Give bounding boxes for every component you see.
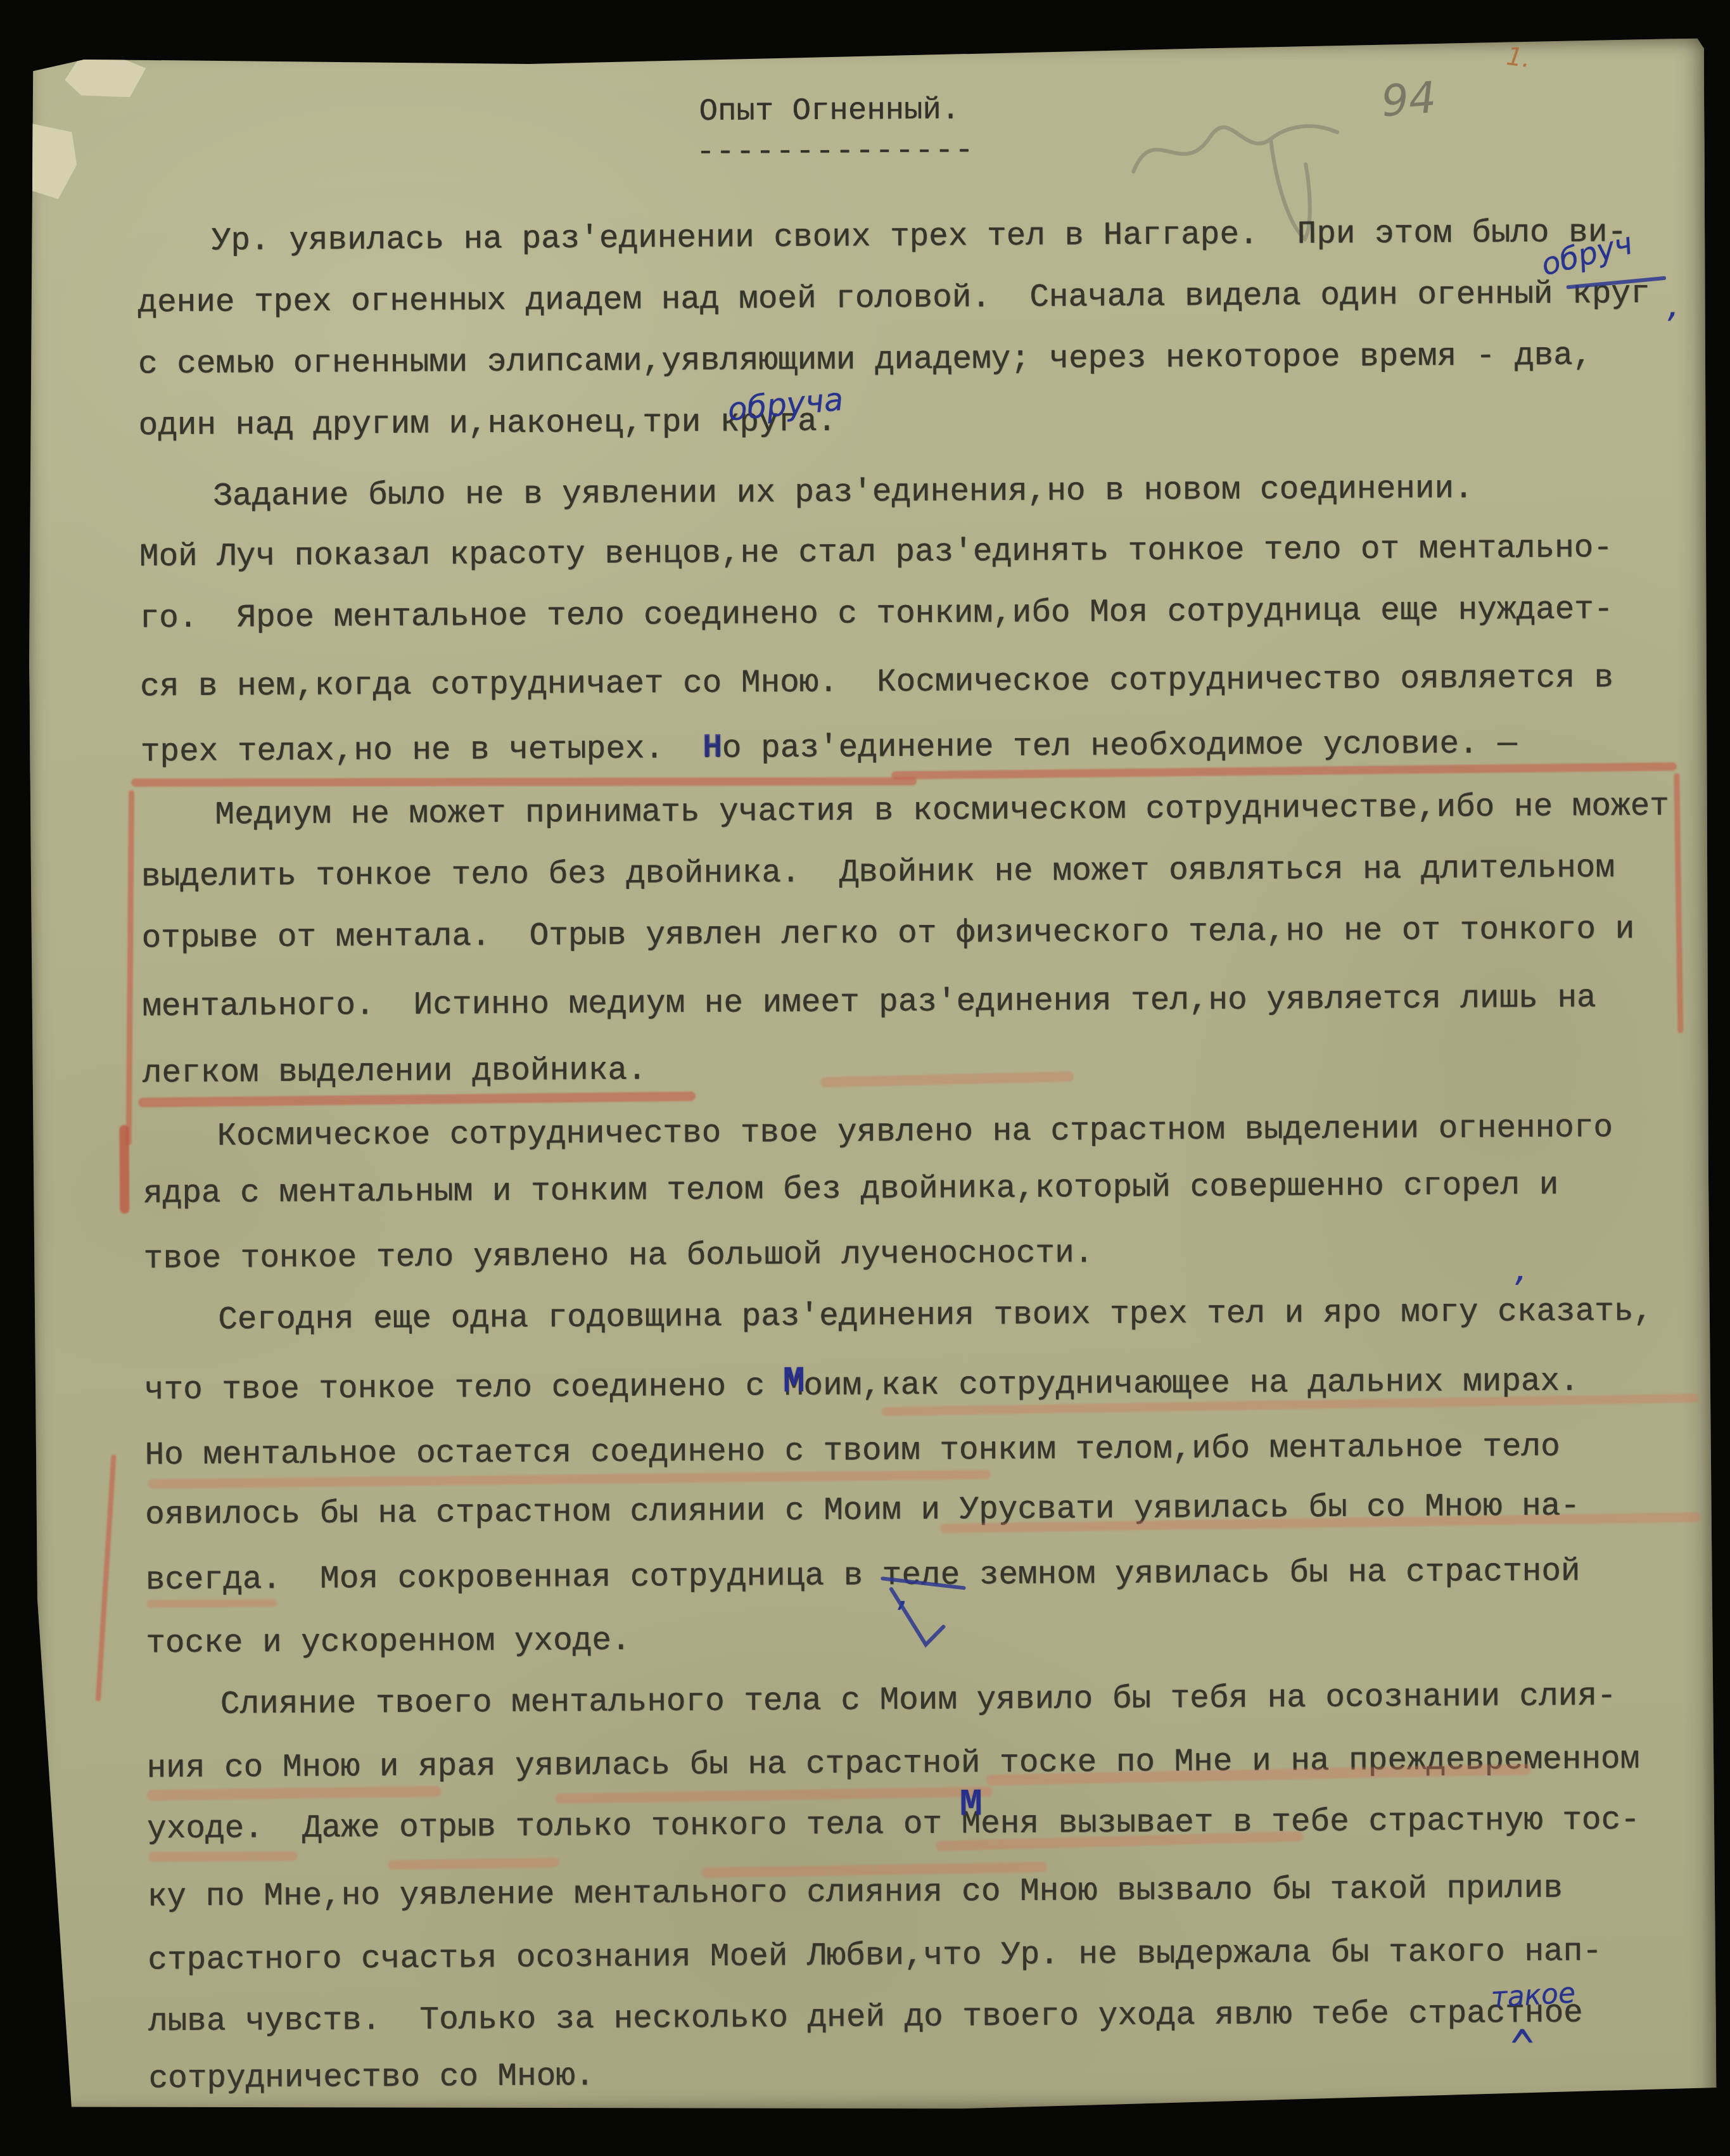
- typed-line: ментального. Истинно медиум не имеет раз…: [142, 979, 1596, 1026]
- scanned-document-photo: Опыт Огненный. -------------- 94 1. Ур. …: [0, 0, 1730, 2156]
- ink-overwrite-m: М: [783, 1362, 805, 1403]
- insertion-caret: ^: [1508, 2020, 1536, 2077]
- red-pencil-smudge: [148, 1851, 297, 1861]
- red-pencil-smudge: [820, 1071, 1074, 1087]
- typed-line: оявилось бы на страстном слиянии с Моим …: [145, 1488, 1580, 1535]
- title-underline: --------------: [696, 132, 975, 170]
- typed-line: страстного счастья осознания Моей Любви,…: [148, 1933, 1602, 1980]
- torn-paper-chip: [65, 53, 146, 98]
- red-pencil-box-left-line: [126, 790, 134, 1145]
- corner-mark: 1.: [1504, 42, 1532, 74]
- paper-sheet: Опыт Огненный. -------------- 94 1. Ур. …: [25, 38, 1717, 2116]
- typed-line: Но ментальное остается соединено с твоим…: [144, 1429, 1560, 1476]
- typed-line: Космическое сотрудничество твое уявлено …: [217, 1109, 1613, 1156]
- typed-line: с семью огненными элипсами,уявляющими ди…: [138, 337, 1593, 384]
- typed-line: всегда. Моя сокровенная сотрудница в тел…: [146, 1553, 1581, 1600]
- typed-line: Задание было не в уявлении их раз'единен…: [213, 471, 1473, 516]
- handwritten-word-takoe: такое: [1490, 1977, 1576, 2014]
- page-title: Опыт Огненный.: [699, 92, 960, 129]
- typed-line: Сегодня еще одна годовщина раз'единения …: [218, 1293, 1653, 1340]
- typed-line: лыва чувств. Только за несколько дней до…: [148, 1995, 1583, 2042]
- page-number: 94: [1380, 73, 1438, 127]
- typed-line: легком выделении двойника.: [143, 1052, 647, 1094]
- ink-overwrite-m: М: [960, 1783, 983, 1827]
- typed-line: Мой Луч показал красоту венцов,не стал р…: [139, 530, 1613, 577]
- red-pencil-margin-stroke: [119, 1125, 129, 1214]
- typed-line: уходе. Даже отрыв только тонкого тела от…: [147, 1802, 1640, 1849]
- typed-line: ядра с ментальным и тонким телом без дво…: [143, 1167, 1558, 1214]
- typed-line: твое тонкое тело уявлено на большой луче…: [144, 1235, 1094, 1279]
- red-pencil-box-top-line: [131, 777, 917, 787]
- red-pencil-underline: [147, 1599, 277, 1607]
- red-pencil-box-right-line: [1674, 774, 1683, 1033]
- typed-line: тоске и ускоренном уходе.: [146, 1623, 630, 1664]
- typed-line: отрыве от ментала. Отрыв уявлен легко от…: [141, 911, 1634, 959]
- typed-line: трех телах,но не в четырех. Но раз'едине…: [141, 725, 1517, 772]
- red-pencil-smudge: [147, 1786, 442, 1801]
- typed-line: Медиум не может принимать участия в косм…: [215, 788, 1669, 835]
- inserted-comma: ,: [1515, 1246, 1527, 1289]
- red-pencil-margin-line: [96, 1455, 117, 1702]
- typed-line: ния со Мною и ярая уявилась бы на страст…: [146, 1741, 1639, 1789]
- strikethrough-tele-check: [889, 1586, 959, 1657]
- typed-line: го. Ярое ментальное тело соединено с тон…: [139, 591, 1613, 638]
- red-pencil-underline: [138, 1092, 696, 1107]
- typed-line: дение трех огненных диадем над моей голо…: [137, 276, 1650, 323]
- typed-line: Слияние твоего ментального тела с Моим у…: [220, 1678, 1617, 1725]
- ink-overwrite-n: Н: [703, 729, 723, 767]
- typed-line: ся в нем,когда сотрудничает со Мною. Кос…: [140, 660, 1613, 706]
- inserted-comma: ,: [1667, 284, 1679, 326]
- typed-line: Ур. уявилась на раз'единении своих трех …: [212, 214, 1627, 261]
- typed-line: ку по Мне,но уявление ментального слияни…: [148, 1870, 1563, 1917]
- torn-paper-chip: [30, 123, 77, 199]
- red-pencil-smudge: [388, 1858, 559, 1870]
- typed-line: выделить тонкое тело без двойника. Двойн…: [141, 850, 1615, 896]
- red-pencil-smudge: [556, 1787, 993, 1804]
- typed-line: сотрудничество со Мною.: [148, 2058, 594, 2098]
